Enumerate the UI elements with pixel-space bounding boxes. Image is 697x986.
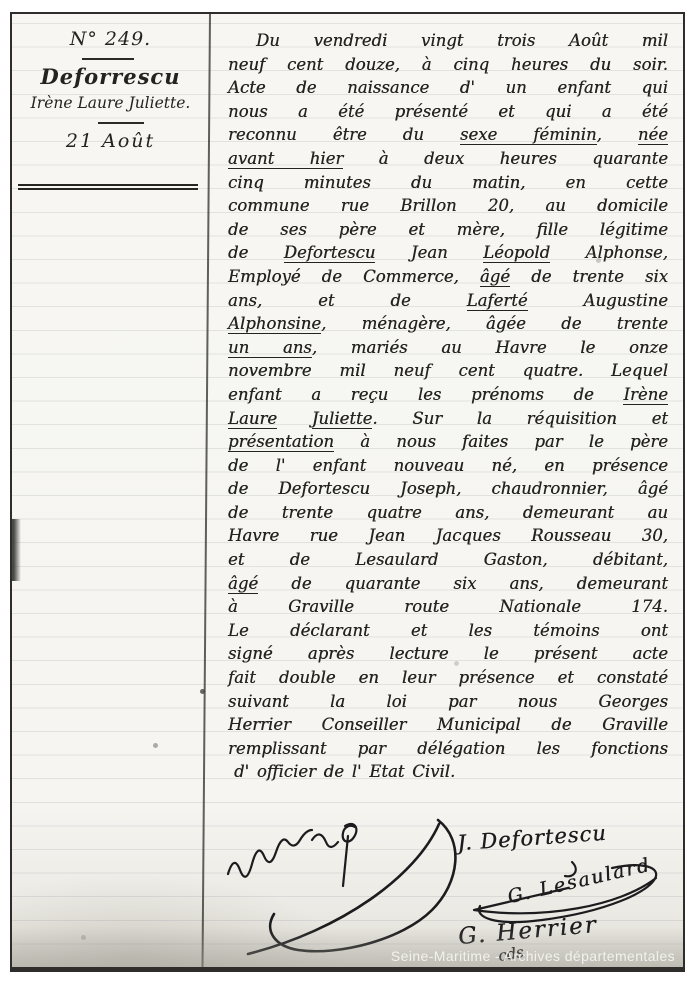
margin-rule-middle <box>98 122 144 124</box>
body-text-line: fait double en leur présence et constaté <box>228 666 668 690</box>
body-text-line: d' officier de l' Etat Civil. <box>228 760 668 784</box>
marginal-paraph-loop <box>343 824 357 886</box>
body-text-line: cinq minutes du matin, en cette <box>228 171 668 195</box>
signature-father: J. Defortescu <box>456 821 607 855</box>
body-text-line: signé après lecture le présent acte <box>228 642 668 666</box>
body-text-line: avant hier à deux heures quarante <box>228 147 668 171</box>
body-text-line: suivant la loi par nous Georges <box>228 690 668 714</box>
body-text-line: de l' enfant nouveau né, en présence <box>228 454 668 478</box>
archives-watermark: Seine-Maritime - Archives départementale… <box>391 948 675 964</box>
body-text-line: de Defortescu Jean Léopold Alphonse, <box>228 241 668 265</box>
body-text-line: à Graville route Nationale 174. <box>228 595 668 619</box>
act-body-text: Du vendredi vingt trois Août milneuf cen… <box>228 29 668 784</box>
register-page: N° 249. Deforrescu Irène Laure Juliette.… <box>10 12 685 972</box>
body-text-line: Alphonsine, ménagère, âgée de trente <box>228 312 668 336</box>
body-text-line: Employé de Commerce, âgé de trente six <box>228 265 668 289</box>
signature-witness: G. Lesaulard <box>505 854 653 908</box>
body-text-line: ans, et de Laferté Augustine <box>228 289 668 313</box>
body-text-line: Herrier Conseiller Municipal de Graville <box>228 713 668 737</box>
margin-double-rule <box>18 184 198 190</box>
body-text-line: commune rue Brillon 20, au domicile <box>228 194 668 218</box>
body-text-line: remplissant par délégation les fonctions <box>228 737 668 761</box>
margin-annotations: N° 249. Deforrescu Irène Laure Juliette.… <box>12 14 209 970</box>
body-text-line: de trente quatre ans, demeurant au <box>228 501 668 525</box>
body-text-line: de ses père et mère, fille légitime <box>228 218 668 242</box>
margin-surname: Deforrescu <box>12 64 209 89</box>
body-text-line: novembre mil neuf cent quatre. Lequel <box>228 359 668 383</box>
signature-officer: G. Herrier <box>457 912 599 950</box>
body-text-line: Laure Juliette. Sur la réquisition et <box>228 407 668 431</box>
body-text-line: Le déclarant et les témoins ont <box>228 619 668 643</box>
body-text-line: Acte de naissance d' un enfant qui <box>228 76 668 100</box>
body-text-line: neuf cent douze, à cinq heures du soir. <box>228 53 668 77</box>
scanned-document: N° 249. Deforrescu Irène Laure Juliette.… <box>0 0 697 986</box>
marginal-paraph-big-flourish <box>248 820 455 954</box>
body-text-line: un ans, mariés au Havre le onze <box>228 336 668 360</box>
body-text-line: Du vendredi vingt trois Août mil <box>228 29 668 53</box>
body-text-line: et de Lesaulard Gaston, débitant, <box>228 548 668 572</box>
body-text-line: enfant a reçu les prénoms de Irène <box>228 383 668 407</box>
marginal-paraph-scribble <box>228 830 338 877</box>
margin-given-names: Irène Laure Juliette. <box>12 94 209 112</box>
body-text-line: présentation à nous faites par le père <box>228 430 668 454</box>
margin-rule-top <box>82 58 134 60</box>
body-text-line: reconnu être du sexe féminin, née <box>228 123 668 147</box>
body-text-line: nous a été présenté et qui a été <box>228 100 668 124</box>
body-text-line: de Defortescu Joseph, chaudronnier, âgé <box>228 477 668 501</box>
act-number: N° 249. <box>12 28 209 50</box>
margin-date: 21 Août <box>12 130 209 152</box>
body-text-line: Havre rue Jean Jacques Rousseau 30, <box>228 524 668 548</box>
body-text-line: âgé de quarante six ans, demeurant <box>228 572 668 596</box>
